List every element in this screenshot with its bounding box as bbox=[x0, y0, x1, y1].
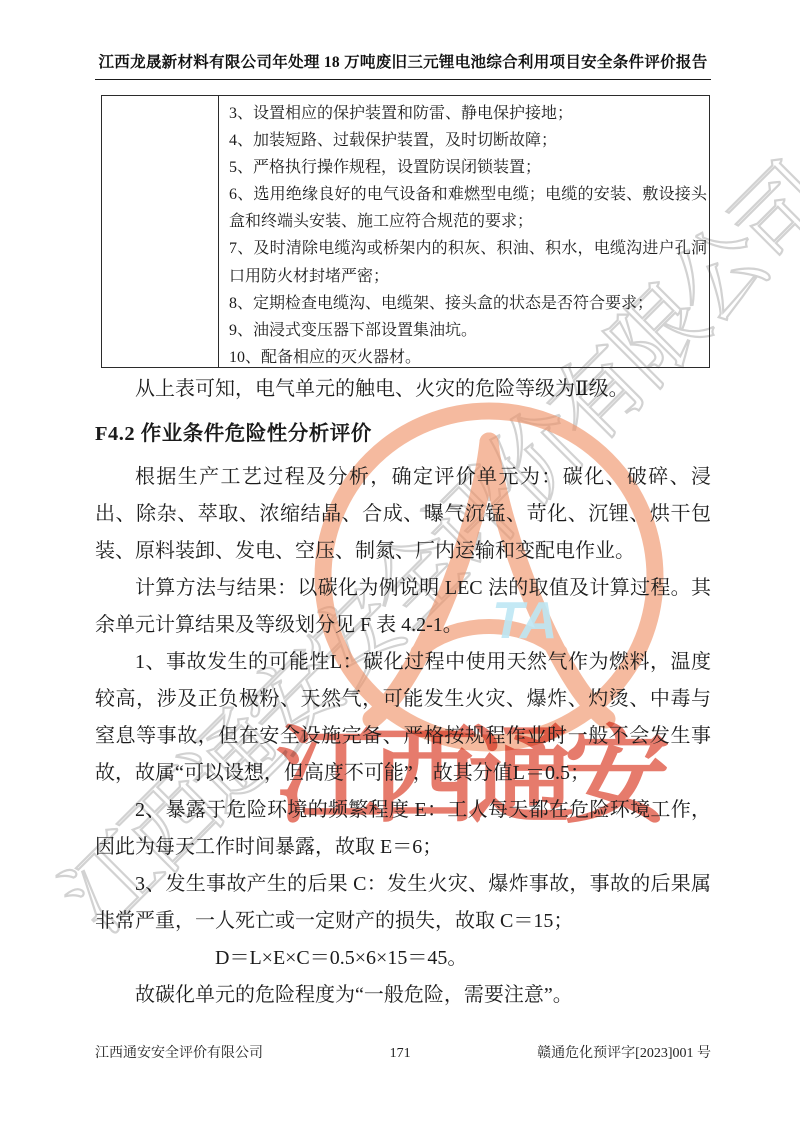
measure-item: 3、设置相应的保护装置和防雷、静电保护接地； bbox=[229, 100, 707, 127]
footer-doc-number: 赣通危化预评字[2023]001 号 bbox=[537, 1042, 711, 1062]
measures-table: 3、设置相应的保护装置和防雷、静电保护接地； 4、加装短路、过载保护装置，及时切… bbox=[101, 95, 710, 368]
footer-company: 江西通安安全评价有限公司 bbox=[95, 1042, 263, 1062]
footer-page-number: 171 bbox=[390, 1046, 411, 1062]
measure-item: 6、选用绝缘良好的电气设备和难燃型电缆；电缆的安装、敷设接头盒和终端头安装、施工… bbox=[229, 181, 707, 235]
measure-item: 8、定期检查电缆沟、电缆架、接头盒的状态是否符合要求； bbox=[229, 290, 707, 317]
paragraph: 2、暴露于危险环境的频繁程度 E：工人每天都在危险环境工作，因此为每天工作时间暴… bbox=[95, 792, 711, 866]
document-body: 从上表可知，电气单元的触电、火灾的危险等级为Ⅱ级。 F4.2 作业条件危险性分析… bbox=[95, 371, 711, 1014]
measure-item: 9、油浸式变压器下部设置集油坑。 bbox=[229, 317, 707, 344]
paragraph: 根据生产工艺过程及分析，确定评价单元为：碳化、破碎、浸出、除杂、萃取、浓缩结晶、… bbox=[95, 459, 711, 570]
paragraph: 3、发生事故产生的后果 C：发生火灾、爆炸事故，事故的后果属非常严重，一人死亡或… bbox=[95, 866, 711, 940]
closing-text: 故碳化单元的危险程度为“一般危险，需要注意”。 bbox=[95, 977, 711, 1014]
page-header-title: 江西龙晟新材料有限公司年处理 18 万吨废旧三元锂电池综合利用项目安全条件评价报… bbox=[95, 50, 711, 80]
report-page: { "header": { "title": "江西龙晟新材料有限公司年处理 1… bbox=[0, 0, 800, 1131]
measure-item: 4、加装短路、过载保护装置，及时切断故障； bbox=[229, 127, 707, 154]
table-measures-cell: 3、设置相应的保护装置和防雷、静电保护接地； 4、加装短路、过载保护装置，及时切… bbox=[219, 96, 709, 367]
conclusion-text: 从上表可知，电气单元的触电、火灾的危险等级为Ⅱ级。 bbox=[95, 371, 711, 408]
paragraph: 1、事故发生的可能性L：碳化过程中使用天然气作为燃料，温度较高，涉及正负极粉、天… bbox=[95, 644, 711, 792]
measure-item: 10、配备相应的灭火器材。 bbox=[229, 344, 707, 371]
table-empty-cell bbox=[102, 96, 219, 367]
paragraph: 计算方法与结果：以碳化为例说明 LEC 法的取值及计算过程。其余单元计算结果及等… bbox=[95, 570, 711, 644]
measure-item: 5、严格执行操作规程，设置防误闭锁装置； bbox=[229, 154, 707, 181]
measure-item: 7、及时清除电缆沟或桥架内的积灰、积油、积水，电缆沟进户孔洞口用防火材封堵严密； bbox=[229, 235, 707, 289]
section-heading: F4.2 作业条件危险性分析评价 bbox=[95, 416, 711, 453]
formula-line: D＝L×E×C＝0.5×6×15＝45。 bbox=[95, 940, 711, 977]
page-footer: 江西通安安全评价有限公司 171 赣通危化预评字[2023]001 号 bbox=[95, 1042, 711, 1062]
